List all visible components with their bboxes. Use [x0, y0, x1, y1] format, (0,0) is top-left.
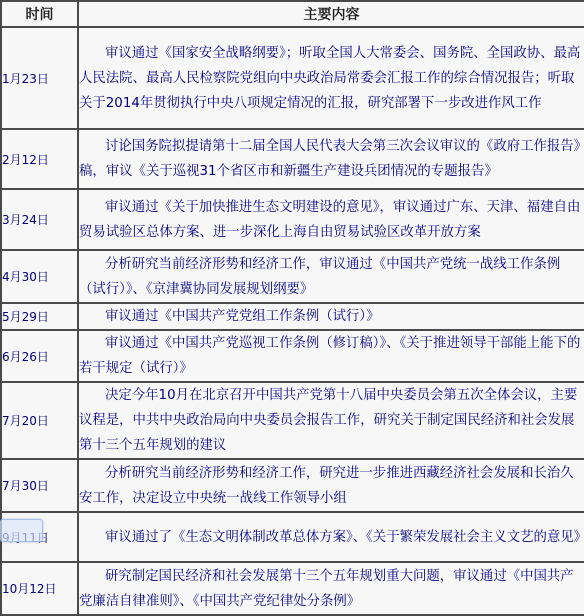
row-content-text: 审议通过《国家安全战略纲要》；听取全国人大常委会、国务院、全国政协、最高人民法院… — [79, 41, 584, 116]
row-date: 6月26日 — [1, 330, 78, 382]
table-row: 4月30日 分析研究当前经济形势和经济工作，审议通过《中国共产党统一战线工作条例… — [1, 250, 584, 303]
row-content-text: 分析研究当前经济形势和经济工作，研究进一步推进西藏经济社会发展和长治久安工作，决… — [79, 461, 584, 511]
column-header-content: 主要内容 — [78, 1, 584, 27]
row-content: 审议通过《中国共产党党组工作条例（试行）》 — [78, 303, 584, 330]
row-content-text: 决定今年10月在北京召开中国共产党第十八届中央委员会第五次全体会议，主要议程是，… — [79, 383, 584, 458]
column-header-date: 时间 — [1, 1, 78, 27]
row-content: 审议通过《国家安全战略纲要》；听取全国人大常委会、国务院、全国政协、最高人民法院… — [78, 27, 584, 129]
row-content-text: 审议通过《关于加快推进生态文明建设的意见》，审议通过广东、天津、福建自由贸易试验… — [79, 195, 584, 245]
row-content-text: 审议通过《中国共产党党组工作条例（试行）》 — [79, 304, 584, 329]
row-content-text: 研究制定国民经济和社会发展第十三个五年规划重大问题，审议通过《中国共产党廉洁自律… — [79, 564, 584, 614]
row-content: 决定今年10月在北京召开中国共产党第十八届中央委员会第五次全体会议，主要议程是，… — [78, 382, 584, 459]
row-date: 1月23日 — [1, 27, 78, 129]
table-row: 5月29日 审议通过《中国共产党党组工作条例（试行）》 — [1, 303, 584, 330]
table-row: 9月11日 审议通过了《生态文明体制改革总体方案》、《关于繁荣发展社会主义文艺的… — [1, 512, 584, 562]
row-date: 7月30日 — [1, 459, 78, 512]
row-content: 审议通过了《生态文明体制改革总体方案》、《关于繁荣发展社会主义文艺的意见》 — [78, 512, 584, 562]
table-header-row: 时间 主要内容 — [1, 1, 584, 27]
table-row: 7月20日 决定今年10月在北京召开中国共产党第十八届中央委员会第五次全体会议，… — [1, 382, 584, 459]
row-date: 4月30日 — [1, 250, 78, 303]
row-date: 5月29日 — [1, 303, 78, 330]
row-content: 审议通过《中国共产党巡视工作条例（修订稿）》、《关于推进领导干部能上能下的若干规… — [78, 330, 584, 382]
row-content: 审议通过《关于加快推进生态文明建设的意见》，审议通过广东、天津、福建自由贸易试验… — [78, 189, 584, 250]
row-content: 分析研究当前经济形势和经济工作，研究进一步推进西藏经济社会发展和长治久安工作，决… — [78, 459, 584, 512]
row-content-text: 审议通过《中国共产党巡视工作条例（修订稿）》、《关于推进领导干部能上能下的若干规… — [79, 331, 584, 381]
table-row: 6月26日 审议通过《中国共产党巡视工作条例（修订稿）》、《关于推进领导干部能上… — [1, 330, 584, 382]
row-date: 2月12日 — [1, 129, 78, 189]
table-row: 10月12日 研究制定国民经济和社会发展第十三个五年规划重大问题，审议通过《中国… — [1, 562, 584, 615]
row-content-text: 分析研究当前经济形势和经济工作，审议通过《中国共产党统一战线工作条例（试行）》、… — [79, 252, 584, 302]
table-row: 7月30日 分析研究当前经济形势和经济工作，研究进一步推进西藏经济社会发展和长治… — [1, 459, 584, 512]
table-row: 3月24日 审议通过《关于加快推进生态文明建设的意见》，审议通过广东、天津、福建… — [1, 189, 584, 250]
row-content: 分析研究当前经济形势和经济工作，审议通过《中国共产党统一战线工作条例（试行）》、… — [78, 250, 584, 303]
tooltip-overlay — [0, 519, 43, 542]
table-row: 2月12日 讨论国务院拟提请第十二届全国人民代表大会第三次会议审议的《政府工作报… — [1, 129, 584, 189]
table-row: 1月23日 审议通过《国家安全战略纲要》；听取全国人大常委会、国务院、全国政协、… — [1, 27, 584, 129]
row-content-text: 讨论国务院拟提请第十二届全国人民代表大会第三次会议审议的《政府工作报告》稿，审议… — [79, 134, 584, 184]
row-content: 研究制定国民经济和社会发展第十三个五年规划重大问题，审议通过《中国共产党廉洁自律… — [78, 562, 584, 615]
row-date: 10月12日 — [1, 562, 78, 615]
meeting-timeline-table: 时间 主要内容 1月23日 审议通过《国家安全战略纲要》；听取全国人大常委会、国… — [0, 0, 584, 616]
row-content-text: 审议通过了《生态文明体制改革总体方案》、《关于繁荣发展社会主义文艺的意见》 — [79, 525, 584, 550]
row-content: 讨论国务院拟提请第十二届全国人民代表大会第三次会议审议的《政府工作报告》稿，审议… — [78, 129, 584, 189]
row-date: 7月20日 — [1, 382, 78, 459]
row-date: 3月24日 — [1, 189, 78, 250]
